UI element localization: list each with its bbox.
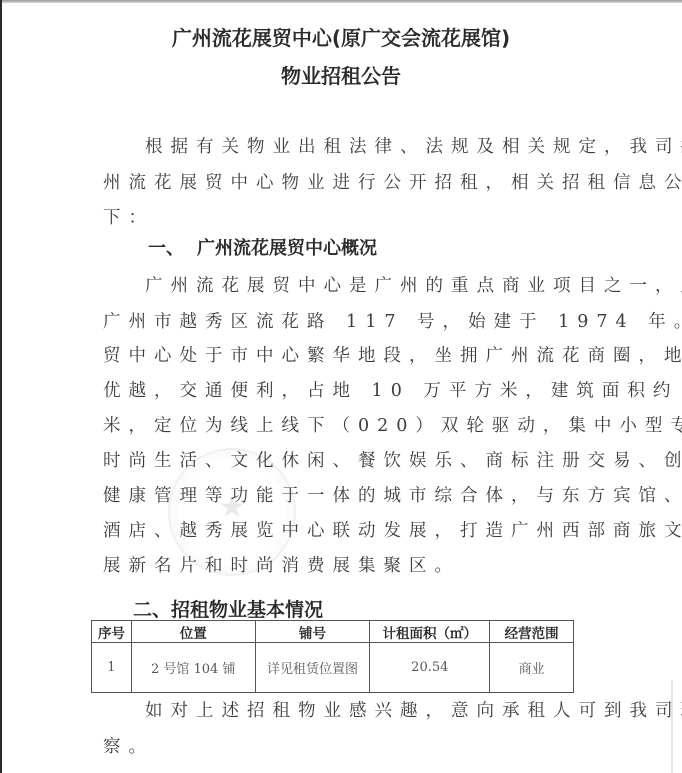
closing-line: 如对上述招租物业感兴趣，意向承租人可到我司现场考 bbox=[145, 697, 625, 722]
section1-line: 酒店、越秀展览中心联动发展，打造广州西部商旅文融合发 bbox=[103, 517, 583, 542]
col-header-business-scope: 经营范围 bbox=[490, 621, 574, 643]
cell-business-scope: 商业 bbox=[490, 643, 574, 693]
scan-right-shadow bbox=[671, 680, 673, 773]
scan-left-edge bbox=[0, 0, 2, 773]
section2-heading: 二、招租物业基本情况 bbox=[133, 595, 323, 622]
cell-location: 2 号馆 104 铺 bbox=[131, 643, 255, 693]
intro-line: 州流花展贸中心物业进行公开招租，相关招租信息公告如 bbox=[103, 169, 583, 194]
document-title: 广州流花展贸中心(原广交会流花展馆) bbox=[0, 22, 682, 51]
col-header-location: 位置 bbox=[131, 621, 255, 643]
intro-line: 下： bbox=[103, 204, 583, 229]
col-header-index: 序号 bbox=[92, 621, 132, 643]
section1-line: 广州流花展贸中心是广州的重点商业项目之一，座落于 bbox=[145, 272, 625, 297]
col-header-shop-number: 铺号 bbox=[255, 621, 370, 643]
section1-line: 展新名片和时尚消费展集聚区。 bbox=[103, 552, 583, 577]
section1-line: 广州市越秀区流花路 117 号，始建于 1974 年。广州流花展 bbox=[103, 308, 583, 333]
intro-line: 根据有关物业出租法律、法规及相关规定，我司拟对广 bbox=[145, 133, 625, 158]
cell-area: 20.54 bbox=[370, 643, 490, 693]
cell-index: 1 bbox=[92, 643, 132, 693]
section1-line: 健康管理等功能于一体的城市综合体，与东方宾馆、中国大 bbox=[103, 482, 583, 507]
closing-line: 察。 bbox=[103, 733, 583, 758]
cell-shop-number: 详见租赁位置图 bbox=[255, 643, 370, 693]
section1-heading: 广州流花展贸中心概况 bbox=[197, 234, 377, 260]
table-row: 1 2 号馆 104 铺 详见租赁位置图 20.54 商业 bbox=[92, 643, 574, 693]
col-header-area: 计租面积（㎡） bbox=[370, 621, 490, 643]
section1-number: 一、 bbox=[148, 234, 184, 260]
section1-line: 优越，交通便利，占地 10 万平方米，建筑面积约 20 万平方 bbox=[103, 377, 583, 402]
rental-property-table: 序号 位置 铺号 计租面积（㎡） 经营范围 1 2 号馆 104 铺 详见租赁位… bbox=[91, 620, 574, 693]
document-subtitle: 物业招租公告 bbox=[0, 60, 682, 89]
section1-line: 贸中心处于市中心繁华地段，坐拥广州流花商圈，地理位置 bbox=[103, 342, 583, 367]
section1-line: 时尚生活、文化休闲、餐饮娱乐、商标注册交易、创意办公、 bbox=[103, 447, 583, 472]
section1-line: 米，定位为线上线下（020）双轮驱动，集中小型专业展会、 bbox=[103, 412, 583, 437]
table-header-row: 序号 位置 铺号 计租面积（㎡） 经营范围 bbox=[92, 621, 574, 643]
scan-top-edge bbox=[0, 0, 682, 3]
